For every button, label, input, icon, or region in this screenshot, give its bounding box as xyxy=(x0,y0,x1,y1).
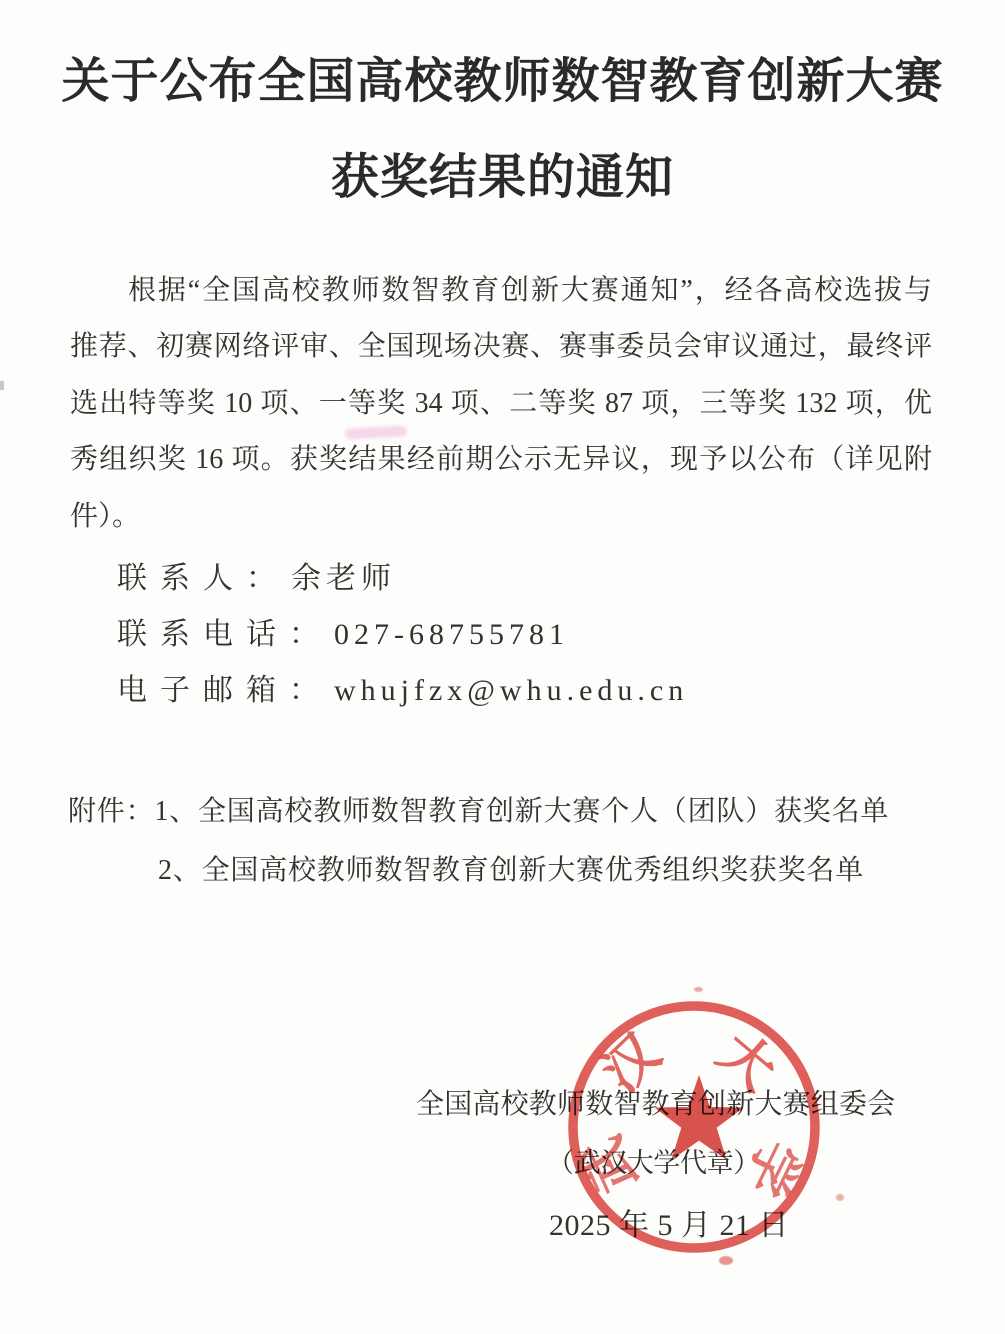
contact-phone-value: 027-68755781 xyxy=(334,618,569,651)
seal-ink-speck xyxy=(694,987,703,992)
contact-person-line: 联系人：余老师 xyxy=(117,551,688,607)
scan-edge-artifact xyxy=(0,381,4,390)
contact-person-label: 联系人： xyxy=(117,562,289,595)
attachments-block: 附件：1、全国高校教师数智教育创新大赛个人（团队）获奖名单 2、全国高校教师数智… xyxy=(68,782,968,900)
attachment-line-1: 附件：1、全国高校教师数智教育创新大赛个人（团队）获奖名单 xyxy=(68,782,968,841)
contact-info-block: 联系人：余老师 联系电话：027-68755781 电子邮箱：whujfzx@w… xyxy=(117,551,688,720)
attachment-line-2: 2、全国高校教师数智教育创新大赛优秀组织奖获奖名单 xyxy=(158,841,968,900)
scanned-notice-page: 关于公布全国高校教师数智教育创新大赛 获奖结果的通知 根据“全国高校教师数智教育… xyxy=(0,0,1005,1334)
seal-ink-speck xyxy=(836,1194,844,1201)
attachment-item-2: 2、全国高校教师数智教育创新大赛优秀组织奖获奖名单 xyxy=(158,855,864,886)
contact-email-line: 电子邮箱：whujfzx@whu.edu.cn xyxy=(117,663,688,719)
paragraph-line: 根据“全国高校教师数智教育创新大赛通知”，经各高校选拔与 xyxy=(70,263,932,319)
contact-person-value: 余老师 xyxy=(291,562,396,595)
contact-email-label: 电子邮箱： xyxy=(117,674,332,707)
contact-phone-line: 联系电话：027-68755781 xyxy=(117,607,688,663)
seal-ink-speck xyxy=(719,1256,733,1265)
signature-date: 2025 年 5 月 21 日 xyxy=(549,1206,789,1246)
contact-phone-label: 联系电话： xyxy=(117,618,332,651)
notice-title-line2: 获奖结果的通知 xyxy=(0,138,1005,207)
paragraph-line: 秀组织奖 16 项。获奖结果经前期公示无异议，现予以公布（详见附 xyxy=(70,432,932,488)
paragraph-line: 件）。 xyxy=(70,489,932,545)
contact-email-value: whujfzx@whu.edu.cn xyxy=(334,674,688,707)
attachment-item-1: 1、全国高校教师数智教育创新大赛个人（团队）获奖名单 xyxy=(154,796,889,827)
paragraph-line: 推荐、初赛网络评审、全国现场决赛、赛事委员会审议通过，最终评 xyxy=(70,319,932,375)
paragraph-line: 选出特等奖 10 项、一等奖 34 项、二等奖 87 项，三等奖 132 项，优 xyxy=(70,376,932,432)
attachments-label: 附件： xyxy=(68,796,154,827)
signature-seal-note: （武汉大学代章） xyxy=(547,1143,760,1183)
notice-body-paragraph: 根据“全国高校教师数智教育创新大赛通知”，经各高校选拔与 推荐、初赛网络评审、全… xyxy=(70,263,932,545)
notice-title-line1: 关于公布全国高校教师数智教育创新大赛 xyxy=(0,42,1005,111)
signature-organization: 全国高校教师数智教育创新大赛组委会 xyxy=(416,1085,895,1125)
